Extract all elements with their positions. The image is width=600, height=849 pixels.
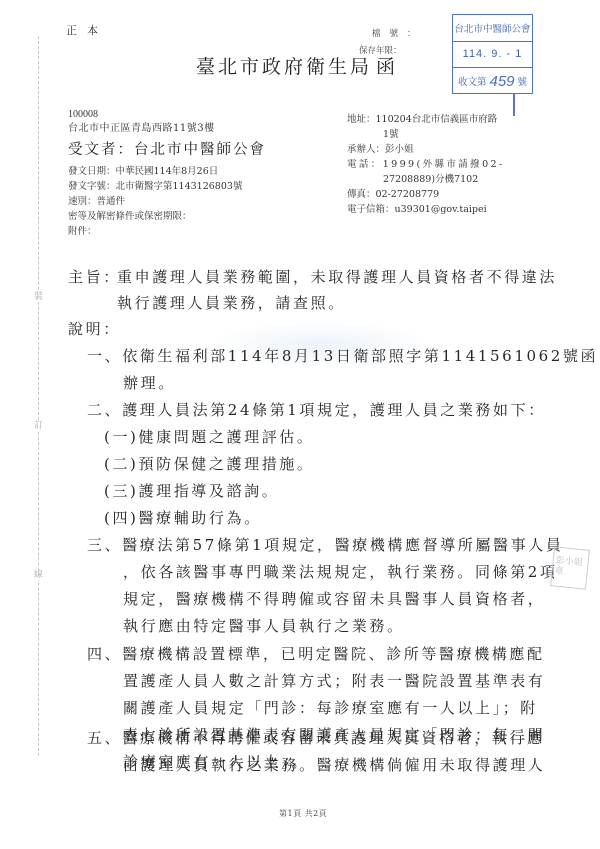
contact-phone-line2: 27208889)分機7102 [383,171,478,185]
subject-line-2: 執行護理人員業務，請查照。 [117,292,346,313]
description-item-3-line-1: 三、醫療法第57條第1項規定，醫療機構應督導所屬醫事人員 [87,534,563,555]
secrecy-level: 密等及解密條件或保密期限： [68,208,192,222]
recipient: 受文者：台北市中醫師公會 [68,138,266,159]
contact-address-line1: 地址：110204台北市信義區市府路 [347,111,497,125]
subject-line-1: 重申護理人員業務範圍，未取得護理人員資格者不得違法 [117,266,557,287]
description-item-3-line-4: 執行應由特定醫事人員執行之業務。 [123,615,405,636]
stamp-number: 459 [489,73,514,90]
stamp-pen-stroke [513,94,515,116]
binding-mark-line: 線 [34,570,43,580]
contact-fax: 傳真：02-27208779 [347,186,439,200]
sender-address: 台北市中正區青島西路11號3樓 [68,122,215,135]
document-title: 臺北市政府衛生局 [196,52,372,79]
binding-mark-bind: 裝 [34,292,43,302]
stamp-date: 114. 9. - 1 [453,42,532,69]
description-item-2-sub-3: (三)護理指導及諮詢。 [104,480,279,501]
description-item-2-line-1: 二、護理人員法第24條第1項規定，護理人員之業務如下： [87,399,546,420]
archive-number-label: 檔號： [372,27,425,39]
attachments: 附件： [68,223,97,237]
subject-label: 主旨： [68,266,121,287]
copy-mark: 正本 [66,22,108,38]
description-item-2-sub-4: (四)醫療輔助行為。 [104,507,262,528]
stamp-prefix: 收文第 [458,74,487,88]
description-item-1-line-2: 辦理。 [123,372,176,393]
description-item-3-line-2: ，依各該醫事專門職業法規規定，執行業務。同條第2項 [123,561,558,582]
description-item-2-sub-1: (一)健康問題之護理評估。 [104,426,315,447]
binding-line [38,36,39,756]
reference-number: 發文字號：北市衛醫字第1143126803號 [68,178,242,192]
contact-handler: 承辦人：彭小姐 [347,141,414,155]
delivery-speed: 速別：普通件 [68,193,125,207]
personal-seal: 彭小姐章 [550,546,590,590]
stamp-organization: 台北市中醫師公會 [453,15,532,42]
contact-email: 電子信箱：u39301@gov.taipei [347,201,487,215]
description-item-4-line-3: 關護產人員規定「門診：每診療室應有一人以上」；附 [123,697,538,718]
contact-phone-line1: 電話：1999(外縣市請撥02- [347,156,505,170]
description-item-3-line-3: 規定，醫療機構不得聘僱或容留未具醫事人員資格者， [123,588,545,609]
page-number: 第1頁 共2頁 [279,808,327,819]
description-item-4-line-1: 四、醫療機構設置標準，已明定醫院、診所等醫療機構應配 [87,643,545,664]
description-item-5-line-1: 五、醫療機構不得聘僱或容留未具護理人員資格者，執行應 [87,727,545,748]
description-item-5-line-2: 由護理人員執行之業務。醫療機構倘僱用未取得護理人 [123,754,545,775]
binding-mark-staple: 訂 [34,421,43,431]
contact-address-line2: 1號 [383,126,399,140]
receive-stamp: 台北市中醫師公會 114. 9. - 1 收文第 459 號 [452,14,533,94]
stamp-suffix: 號 [518,74,528,88]
description-item-1-line-1: 一、依衛生福利部114年8月13日衛部照字第1141561062號函 [87,345,598,366]
description-item-4-line-2: 置護產人員人數之計算方式；附表一醫院設置基準表有 [123,670,545,691]
document-type: 函 [376,52,395,79]
issue-date: 發文日期：中華民國114年8月26日 [68,163,218,177]
description-item-2-sub-2: (二)預防保健之護理措施。 [104,453,315,474]
sender-postcode: 100008 [68,108,98,121]
description-label: 說明： [68,318,121,339]
stamp-number-row: 收文第 459 號 [453,68,532,95]
